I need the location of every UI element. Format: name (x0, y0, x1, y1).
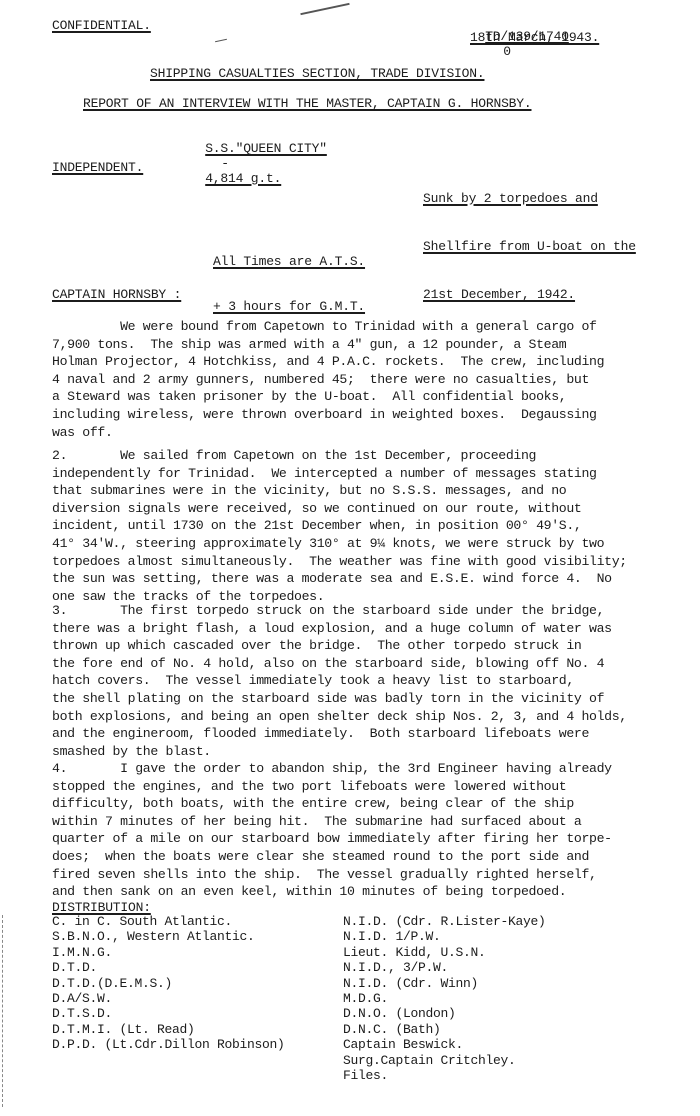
distribution-entry: N.I.D. (Cdr. R.Lister-Kaye) (343, 914, 546, 929)
paragraph-line: and the engineroom, flooded immediately.… (52, 725, 662, 743)
paragraph-line: does; when the boats were clear she stea… (52, 848, 662, 866)
distribution-entry: I.M.N.G. (52, 945, 285, 960)
distribution-entry: N.I.D. (Cdr. Winn) (343, 976, 546, 991)
paragraph-line: We were bound from Capetown to Trinidad … (52, 318, 662, 336)
distribution-entry: D.N.C. (Bath) (343, 1022, 546, 1037)
paragraph-line: both explosions, and being an open shelt… (52, 708, 662, 726)
paragraph-line: within 7 minutes of her being hit. The s… (52, 813, 662, 831)
distribution-entry: D.T.S.D. (52, 1006, 285, 1021)
sinking-line: Sunk by 2 torpedoes and (423, 191, 636, 207)
distribution-entry: D.A/S.W. (52, 991, 285, 1006)
distribution-entry: D.N.O. (London) (343, 1006, 546, 1021)
paragraph-line: there was a bright flash, a loud explosi… (52, 620, 662, 638)
paragraph-line: a Steward was taken prisoner by the U-bo… (52, 388, 662, 406)
paragraph-line: quarter of a mile on our starboard bow i… (52, 830, 662, 848)
distribution-entry: D.T.D. (52, 960, 285, 975)
paragraph-line: fired seven shells into the ship. The ve… (52, 866, 662, 884)
ink-smudge (300, 3, 349, 15)
paragraph-line: independently for Trinidad. We intercept… (52, 465, 662, 483)
report-title: REPORT OF AN INTERVIEW WITH THE MASTER, … (83, 96, 531, 111)
sinking-line: 21st December, 1942. (423, 287, 636, 303)
paragraph-line: 41° 34'W., steering approximately 310° a… (52, 535, 662, 553)
speaker-heading: CAPTAIN HORNSBY : (52, 287, 181, 302)
distribution-entry: D.P.D. (Lt.Cdr.Dillon Robinson) (52, 1037, 285, 1052)
paragraph-4: 4. I gave the order to abandon ship, the… (52, 760, 662, 901)
classification-label: CONFIDENTIAL. (52, 18, 151, 33)
distribution-list-left: C. in C. South Atlantic.S.B.N.O., Wester… (52, 914, 285, 1053)
distribution-list-right: N.I.D. (Cdr. R.Lister-Kaye)N.I.D. 1/P.W.… (343, 914, 546, 1083)
paragraph-3: 3. The first torpedo struck on the starb… (52, 602, 662, 760)
distribution-entry: Lieut. Kidd, U.S.N. (343, 945, 546, 960)
paragraph-line: Holman Projector, 4 Hotchkiss, and 4 P.A… (52, 353, 662, 371)
times-note: All Times are A.T.S. + 3 hours for G.M.T… (213, 224, 365, 329)
paragraph-line: the sun was setting, there was a moderat… (52, 570, 662, 588)
paragraph-line: 4. I gave the order to abandon ship, the… (52, 760, 662, 778)
paragraph-1: We were bound from Capetown to Trinidad … (52, 318, 662, 441)
sinking-line: Shellfire from U-boat on the (423, 239, 636, 255)
distribution-entry: D.T.M.I. (Lt. Read) (52, 1022, 285, 1037)
distribution-entry: Surg.Captain Critchley. (343, 1053, 546, 1068)
distribution-entry: N.I.D. 1/P.W. (343, 929, 546, 944)
routing-status: INDEPENDENT. (52, 160, 143, 175)
paragraph-line: 4 naval and 2 army gunners, numbered 45;… (52, 371, 662, 389)
distribution-entry: C. in C. South Atlantic. (52, 914, 285, 929)
section-title: SHIPPING CASUALTIES SECTION, TRADE DIVIS… (150, 66, 484, 81)
ship-name: S.S."QUEEN CITY" (205, 141, 327, 156)
distribution-entry: Captain Beswick. (343, 1037, 546, 1052)
paragraph-line: diversion signals were received, so we c… (52, 500, 662, 518)
times-note-line: All Times are A.T.S. (213, 254, 365, 269)
paragraph-line: including wireless, were thrown overboar… (52, 406, 662, 424)
paragraph-line: smashed by the blast. (52, 743, 662, 761)
distribution-entry: S.B.N.O., Western Atlantic. (52, 929, 285, 944)
paragraph-line: the shell plating on the starboard side … (52, 690, 662, 708)
margin-line (2, 915, 3, 1107)
ship-separator: - (221, 156, 229, 171)
paragraph-line: difficulty, both boats, with the entire … (52, 795, 662, 813)
paragraph-line: 2. We sailed from Capetown on the 1st De… (52, 447, 662, 465)
paragraph-line: stopped the engines, and the two port li… (52, 778, 662, 796)
distribution-entry: N.I.D., 3/P.W. (343, 960, 546, 975)
paragraph-line: was off. (52, 424, 662, 442)
paragraph-line: 7,900 tons. The ship was armed with a 4"… (52, 336, 662, 354)
paragraph-line: and then sank on an even keel, within 10… (52, 883, 662, 901)
paragraph-line: incident, until 1730 on the 21st Decembe… (52, 517, 662, 535)
ship-line: S.S."QUEEN CITY" - 4,814 g.t. (190, 126, 327, 186)
ink-smudge (215, 39, 227, 42)
paragraph-line: that submarines were in the vicinity, bu… (52, 482, 662, 500)
distribution-heading: DISTRIBUTION: (52, 900, 151, 915)
times-note-line: + 3 hours for G.M.T. (213, 299, 365, 314)
reference-suffix: 0 (503, 44, 511, 59)
distribution-entry: D.T.D.(D.E.M.S.) (52, 976, 285, 991)
distribution-entry: Files. (343, 1068, 546, 1083)
paragraph-line: thrown up which cascaded over the bridge… (52, 637, 662, 655)
paragraph-line: 3. The first torpedo struck on the starb… (52, 602, 662, 620)
paragraph-line: hatch covers. The vessel immediately too… (52, 672, 662, 690)
paragraph-line: torpedoes almost simultaneously. The wea… (52, 553, 662, 571)
paragraph-2: 2. We sailed from Capetown on the 1st De… (52, 447, 662, 605)
document-date: 18th March, 1943. (470, 30, 599, 45)
distribution-entry: M.D.G. (343, 991, 546, 1006)
paragraph-line: the fore end of No. 4 hold, also on the … (52, 655, 662, 673)
sinking-summary: Sunk by 2 torpedoes and Shellfire from U… (423, 159, 636, 319)
ship-tonnage: 4,814 g.t. (205, 171, 281, 186)
